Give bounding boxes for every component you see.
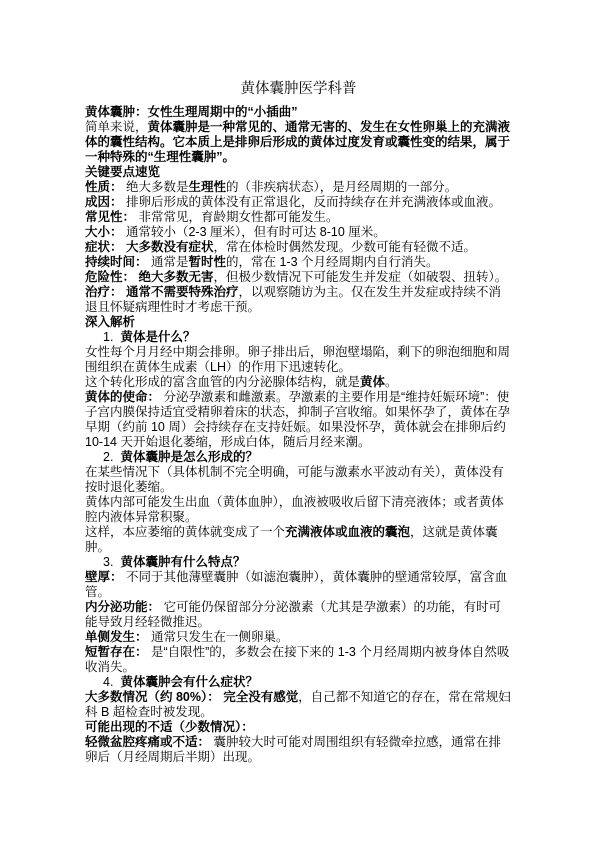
paragraph: 常见性： 非常常见，育龄期女性都可能发生。 [85, 210, 512, 225]
text-run: 绝大多数是 [126, 180, 189, 194]
paragraph: 壁厚： 不同于其他薄壁囊肿（如滤泡囊肿），黄体囊肿的壁通常较厚，富含血管。 [85, 570, 512, 600]
paragraph: 症状： 大多数没有症状，常在体检时偶然发现。少数可能有轻微不适。 [85, 240, 512, 255]
text-run: 通常是 [151, 255, 189, 269]
text-run: 黄体的使命： [85, 390, 163, 404]
text-run: 生理性 [189, 180, 227, 194]
text-run: 的，常在 1-3 个月经周期内自行消失。 [226, 255, 439, 269]
text-run: 在某些情况下（具体机制不完全明确，可能与激素水平波动有关），黄体没有按时退化萎缩… [85, 465, 504, 494]
text-run: 成因： [85, 195, 126, 209]
paragraph: 大小： 通常较小（2-3 厘米），但有时可达 8-10 厘米。 [85, 225, 512, 240]
text-run: ，常在体检时偶然发现。少数可能有轻微不适。 [213, 240, 476, 254]
text-run: 关键要点速览 [85, 165, 160, 179]
paragraph: 治疗： 通常不需要特殊治疗，以观察随访为主。仅在发生并发症或持续不消退且怀疑病理… [85, 285, 512, 315]
paragraph: 可能出现的不适（少数情况）： [85, 720, 512, 735]
text-run: 内分泌功能： [85, 600, 163, 614]
paragraph: 简单来说，黄体囊肿是一种常见的、通常无害的、发生在女性卵巢上的充满液体的囊性结构… [85, 120, 512, 165]
paragraph: 性质： 绝大多数是生理性的（非疾病状态），是月经周期的一部分。 [85, 180, 512, 195]
paragraph: 内分泌功能： 它可能仍保留部分分泌激素（尤其是孕激素）的功能，有时可能导致月经轻… [85, 600, 512, 630]
text-run: 黄体是什么？ [120, 330, 195, 344]
text-run: 暂时性 [189, 255, 227, 269]
paragraph: 大多数情况（约 80%）： 完全没有感觉，自己都不知道它的存在，常在常规妇科 B… [85, 690, 512, 720]
text-run: 症状： 大多数没有症状 [85, 240, 213, 254]
text-run: 危险性： 绝大多数无害 [85, 270, 213, 284]
paragraph: 黄体内部可能发生出血（黄体血肿），血液被吸收后留下清亮液体；或者黄体腔内液体异常… [85, 495, 512, 525]
text-run: 持续时间： [85, 255, 151, 269]
text-run: 通常较小（2-3 厘米），但有时可达 8-10 厘米。 [126, 225, 386, 239]
text-run: 女性每个月月经中期会排卵。卵子排出后，卵泡壁塌陷，剩下的卵泡细胞和周围组织在黄体… [85, 345, 510, 374]
document-title: 黄体囊肿医学科普 [85, 81, 512, 97]
list-number: 4. [103, 675, 113, 689]
numbered-heading: 3.黄体囊肿有什么特点？ [85, 555, 512, 570]
text-run: 深入解析 [85, 315, 135, 329]
paragraph: 短暂存在： 是“自限性”的，多数会在接下来的 1-3 个月经周期内被身体自然吸收… [85, 645, 512, 675]
text-run: 的（非疾病状态），是月经周期的一部分。 [226, 180, 457, 194]
numbered-heading: 1.黄体是什么？ [85, 330, 512, 345]
text-run: 可能出现的不适（少数情况）： [85, 720, 254, 734]
paragraph: 单侧发生： 通常只发生在一侧卵巢。 [85, 630, 512, 645]
text-run: 壁厚： [85, 570, 126, 584]
text-run: 大小： [85, 225, 126, 239]
text-run: 不同于其他薄壁囊肿（如滤泡囊肿），黄体囊肿的壁通常较厚，富含血管。 [85, 570, 507, 599]
paragraph: 黄体的使命： 分泌孕激素和雌激素。孕激素的主要作用是“维持妊娠环境”：使子宫内膜… [85, 390, 512, 450]
numbered-heading: 4.黄体囊肿会有什么症状？ [85, 675, 512, 690]
text-run: 排卵后形成的黄体没有正常退化，反而持续存在并充满液体或血液。 [126, 195, 501, 209]
text-run: 通常只发生在一侧卵巢。 [151, 630, 289, 644]
section-heading: 深入解析 [85, 315, 512, 330]
paragraph: 这样，本应萎缩的黄体就变成了一个充满液体或血液的囊泡，这就是黄体囊肿。 [85, 525, 512, 555]
paragraph: 持续时间： 通常是暂时性的，常在 1-3 个月经周期内自行消失。 [85, 255, 512, 270]
list-number: 1. [103, 330, 113, 344]
paragraph: 危险性： 绝大多数无害，但极少数情况下可能发生并发症（如破裂、扭转）。 [85, 270, 512, 285]
text-run: 这个转化形成的富含血管的内分泌腺体结构，就是 [85, 375, 360, 389]
text-run: 常见性： [85, 210, 138, 224]
text-run: 短暂存在： [85, 645, 151, 659]
text-run: 黄体囊肿会有什么症状？ [120, 675, 258, 689]
paragraph: 在某些情况下（具体机制不完全明确，可能与激素水平波动有关），黄体没有按时退化萎缩… [85, 465, 512, 495]
text-run: 大多数情况（约 80%）： 完全没有感觉 [85, 690, 298, 704]
document-page: 黄体囊肿医学科普 黄体囊肿：女性生理周期中的“小插曲”简单来说，黄体囊肿是一种常… [0, 0, 595, 841]
section-heading: 关键要点速览 [85, 165, 512, 180]
text-run: 黄体 [360, 375, 385, 389]
text-run: 。 [385, 375, 398, 389]
paragraph: 女性每个月月经中期会排卵。卵子排出后，卵泡壁塌陷，剩下的卵泡细胞和周围组织在黄体… [85, 345, 512, 375]
text-run: 黄体囊肿是一种常见的、通常无害的、发生在女性卵巢上的充满液体的囊性结构。它本质上… [85, 120, 510, 164]
text-run: 非常常见，育龄期女性都可能发生。 [138, 210, 338, 224]
text-run: 性质： [85, 180, 126, 194]
text-run: 简单来说， [85, 120, 148, 134]
text-run: 黄体内部可能发生出血（黄体血肿），血液被吸收后留下清亮液体；或者黄体腔内液体异常… [85, 495, 504, 524]
list-number: 2. [103, 450, 113, 464]
paragraph: 轻微盆腔疼痛或不适： 囊肿较大时可能对周围组织有轻微牵拉感，通常在排卵后（月经周… [85, 735, 512, 765]
text-run: 单侧发生： [85, 630, 151, 644]
paragraph: 这个转化形成的富含血管的内分泌腺体结构，就是黄体。 [85, 375, 512, 390]
text-run: 充满液体或血液的囊泡 [285, 525, 410, 539]
text-run: 黄体囊肿是怎么形成的？ [120, 450, 258, 464]
document-body: 黄体囊肿：女性生理周期中的“小插曲”简单来说，黄体囊肿是一种常见的、通常无害的、… [85, 105, 512, 765]
section-heading: 黄体囊肿：女性生理周期中的“小插曲” [85, 105, 512, 120]
text-run: 黄体囊肿有什么特点？ [120, 555, 245, 569]
numbered-heading: 2.黄体囊肿是怎么形成的？ [85, 450, 512, 465]
list-number: 3. [103, 555, 113, 569]
text-run: 轻微盆腔疼痛或不适： [85, 735, 213, 749]
text-run: 黄体囊肿：女性生理周期中的“小插曲” [85, 105, 298, 119]
text-run: 这样，本应萎缩的黄体就变成了一个 [85, 525, 285, 539]
text-run: ，但极少数情况下可能发生并发症（如破裂、扭转）。 [213, 270, 507, 284]
text-run: 治疗： 通常不需要特殊治疗 [85, 285, 238, 299]
paragraph: 成因： 排卵后形成的黄体没有正常退化，反而持续存在并充满液体或血液。 [85, 195, 512, 210]
